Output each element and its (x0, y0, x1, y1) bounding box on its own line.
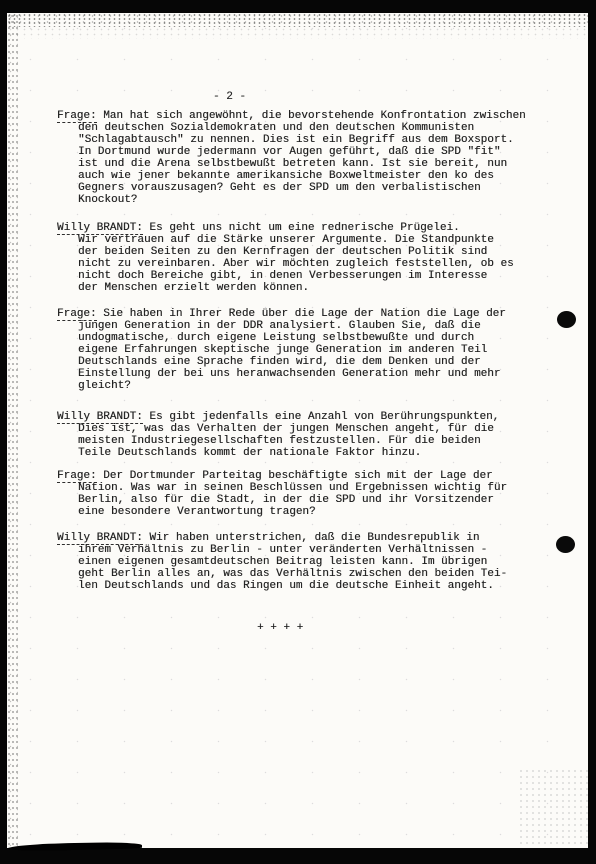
paragraph: Willy BRANDT: Wir haben unterstrichen, d… (57, 532, 562, 592)
paragraph: Frage: Sie haben in Ihrer Rede über die … (57, 308, 562, 392)
paragraphs-container: Frage: Man hat sich angewöhnt, die bevor… (57, 110, 562, 592)
paragraph: Willy BRANDT: Es gibt jedenfalls eine An… (57, 411, 562, 459)
paragraph-text: Der Dortmunder Parteitag beschäftigte si… (78, 470, 507, 518)
section-divider-plus-marks: + + + + (257, 622, 562, 634)
paragraph: Willy BRANDT: Es geht uns nicht um eine … (57, 222, 562, 294)
paragraph-text: Es geht uns nicht um eine rednerische Pr… (78, 222, 514, 294)
punch-hole-mark (556, 536, 575, 553)
document-page: - 2 - Frage: Man hat sich angewöhnt, die… (7, 13, 588, 848)
typewritten-content: - 2 - Frage: Man hat sich angewöhnt, die… (57, 91, 562, 634)
paragraph-text: Sie haben in Ihrer Rede über die Lage de… (78, 308, 506, 392)
paragraph-text: Wir haben unterstrichen, daß die Bundesr… (78, 532, 507, 592)
paragraph-text: Man hat sich angewöhnt, die bevorstehend… (78, 110, 526, 206)
document-scan: - 2 - Frage: Man hat sich angewöhnt, die… (0, 0, 596, 864)
page-number: - 2 - (213, 91, 562, 103)
punch-hole-mark (557, 311, 576, 328)
paragraph: Frage: Der Dortmunder Parteitag beschäft… (57, 470, 562, 518)
paragraph: Frage: Man hat sich angewöhnt, die bevor… (57, 110, 562, 206)
